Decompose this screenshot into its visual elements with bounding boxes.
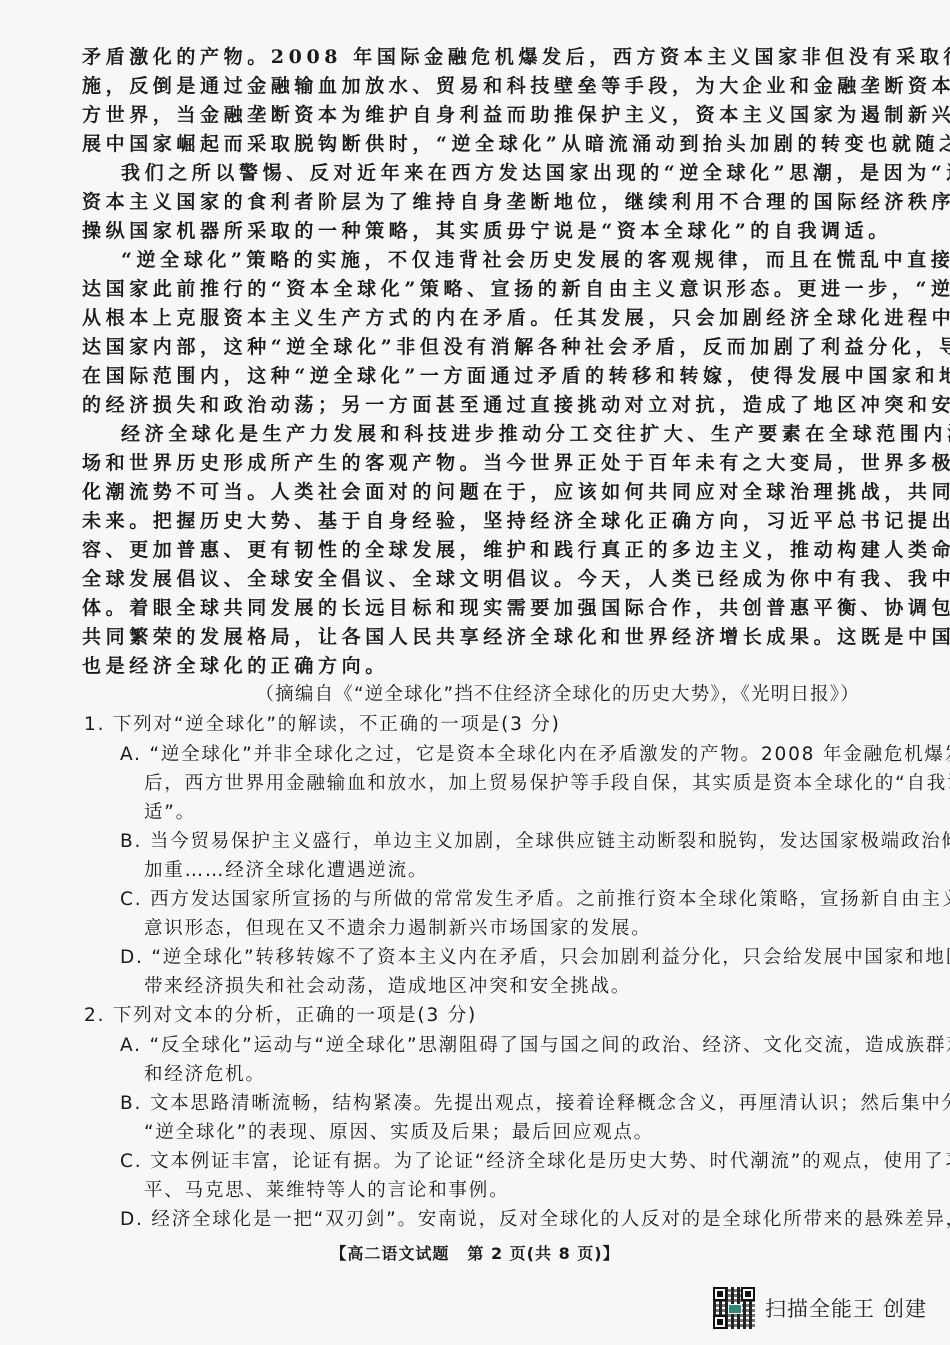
- passage-line: 在国际范围内，这种“逆全球化”一方面通过矛盾的转移和转嫁，使得发展中国家和地区遭…: [82, 364, 950, 388]
- question-1-option-d-cont: 带来经济损失和社会动荡，造成地区冲突和安全挑战。: [144, 975, 631, 999]
- page-footer: 【高二语文试题第 2 页(共 8 页)】: [0, 1241, 950, 1264]
- passage-line: 达国家此前推行的“资本全球化”策略、宣扬的新自由主义意识形态。更进一步，“逆全球…: [82, 277, 950, 301]
- footer-exam-title: 【高二语文试题: [330, 1244, 449, 1263]
- question-2-option-d: D. 经济全球化是一把“双刃剑”。安南说，反对全球化的人反对的是全球化所带来的悬…: [120, 1208, 950, 1232]
- question-1-option-c: C. 西方发达国家所宣扬的与所做的常常发生矛盾。之前推行资本全球化策略，宣扬新自…: [120, 888, 950, 912]
- passage-line: “逆全球化”策略的实施，不仅违背社会历史发展的客观规律，而且在慌乱中直接“打脸”…: [121, 248, 950, 272]
- question-1-stem: 1. 下列对“逆全球化”的解读，不正确的一项是(3 分): [84, 713, 561, 737]
- question-2-stem: 2. 下列对文本的分析，正确的一项是(3 分): [84, 1004, 477, 1028]
- passage-line: 的经济损失和政治动荡；另一方面甚至通过直接挑动对立对抗，造成了地区冲突和安全挑战…: [82, 393, 950, 417]
- question-1-option-c-cont: 意识形态，但现在又不遗余力遏制新兴市场国家的发展。: [144, 917, 652, 941]
- passage-line: 展中国家崛起而采取脱钩断供时，“逆全球化”从暗流涌动到抬头加剧的转变也就随之发生…: [82, 132, 950, 156]
- passage-line: 容、更加普惠、更有韧性的全球发展，维护和践行真正的多边主义，推动构建人类命运共同…: [82, 538, 950, 562]
- scanner-watermark: 扫描全能王创建: [713, 1287, 927, 1329]
- passage-line: 达国家内部，这种“逆全球化”非但没有消解各种社会矛盾，反而加剧了利益分化，导致了…: [82, 335, 950, 359]
- question-1-option-a-cont: 适”。: [144, 801, 196, 825]
- source-attribution: （摘编自《“逆全球化”挡不住经济全球化的历史大势》，《光明日报》）: [255, 683, 860, 707]
- footer-page-number: 第 2 页(共 8 页)】: [467, 1244, 619, 1263]
- question-2-option-c-cont: 平、马克思、莱维特等人的言论和事例。: [144, 1179, 509, 1203]
- question-1-option-a: A. “逆全球化”并非全球化之过，它是资本全球化内在矛盾激发的产物。2008 年…: [120, 743, 950, 767]
- question-2-option-b: B. 文本思路清晰流畅，结构紧凑。先提出观点，接着诠释概念含义，再厘清认识；然后…: [120, 1092, 950, 1116]
- question-2-option-c: C. 文本例证丰富，论证有据。为了论证“经济全球化是历史大势、时代潮流”的观点，…: [120, 1150, 950, 1174]
- passage-line: 化潮流势不可当。人类社会面对的问题在于，应该如何共同应对全球治理挑战，共同开创人…: [82, 480, 950, 504]
- passage-line: 全球发展倡议、全球安全倡议、全球文明倡议。今天，人类已经成为你中有我、我中有你的…: [82, 567, 950, 591]
- question-1-option-b-cont: 加重……经济全球化遭遇逆流。: [144, 859, 428, 883]
- passage-line: 从根本上克服资本主义生产方式的内在矛盾。任其发展，只会加剧经济全球化进程中的不足…: [82, 306, 950, 330]
- question-1-option-a-cont: 后，西方世界用金融输血和放水，加上贸易保护等手段自保，其实质是资本全球化的“自我…: [144, 772, 950, 796]
- exam-page: 矛盾激化的产物。2008 年国际金融危机爆发后，西方资本主义国家非但没有采取行之…: [0, 0, 950, 1345]
- passage-line: 体。着眼全球共同发展的长远目标和现实需要加强国际合作，共创普惠平衡、协调包容、合…: [82, 596, 950, 620]
- passage-line: 经济全球化是生产力发展和科技进步推动分工交往扩大、生产要素在全球范围内流动、世界…: [121, 422, 950, 446]
- question-1-option-d: D. “逆全球化”转移转嫁不了资本主义内在矛盾，只会加剧利益分化，只会给发展中国…: [120, 946, 950, 970]
- passage-line: 矛盾激化的产物。2008 年国际金融危机爆发后，西方资本主义国家非但没有采取行之…: [82, 45, 950, 69]
- question-2-option-a-cont: 和经济危机。: [144, 1063, 266, 1087]
- watermark-text: 扫描全能王创建: [765, 1293, 927, 1323]
- passage-line: 共同繁荣的发展格局，让各国人民共享经济全球化和世界经济增长成果。这既是中国努力的…: [82, 625, 950, 649]
- passage-line: 我们之所以警惕、反对近年来在西方发达国家出现的“逆全球化”思潮，是因为“逆全球化…: [121, 161, 950, 185]
- passage-line: 方世界，当金融垄断资本为维护自身利益而助推保护主义，资本主义国家为遏制新兴市场国…: [82, 103, 950, 127]
- question-1-option-b: B. 当今贸易保护主义盛行，单边主义加剧，全球供应链主动断裂和脱钩，发达国家极端…: [120, 830, 950, 854]
- passage-line: 操纵国家机器所采取的一种策略，其实质毋宁说是“资本全球化”的自我调适。: [82, 219, 892, 243]
- question-2-option-a: A. “反全球化”运动与“逆全球化”思潮阻碍了国与国之间的政治、经济、文化交流，…: [120, 1034, 950, 1058]
- passage-line: 资本主义国家的食利者阶层为了维持自身垄断地位，继续利用不合理的国际经济秩序攫取超…: [82, 190, 950, 214]
- qr-code-icon: [713, 1287, 755, 1329]
- passage-line: 也是经济全球化的正确方向。: [82, 654, 389, 678]
- question-2-option-b-cont: “逆全球化”的表现、原因、实质及后果；最后回应观点。: [144, 1121, 654, 1145]
- passage-line: 未来。把握历史大势、基于自身经验，坚持经济全球化正确方向，习近平总书记提出了推动…: [82, 509, 950, 533]
- passage-line: 场和世界历史形成所产生的客观产物。当今世界正处于百年未有之大变局，世界多极化、经…: [82, 451, 950, 475]
- passage-line: 施，反倒是通过金融输血加放水、贸易和科技壁垒等手段，为大企业和金融垄断资本保驾护…: [82, 74, 950, 98]
